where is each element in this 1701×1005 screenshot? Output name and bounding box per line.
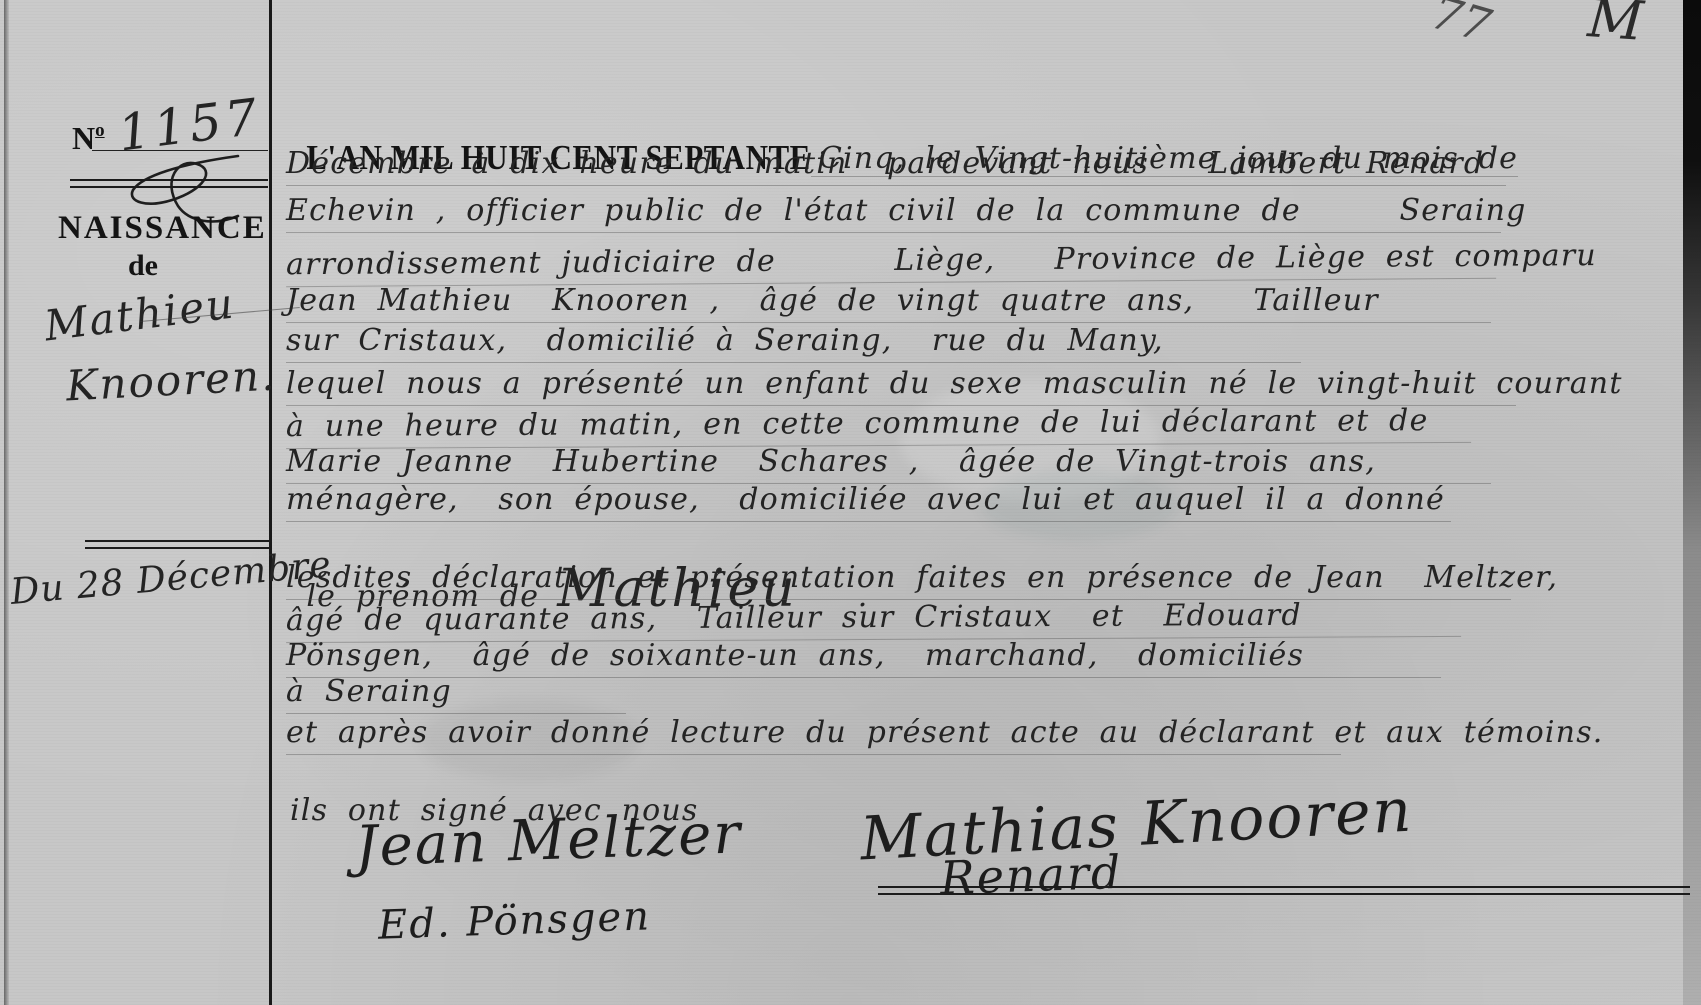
witness-line: lesdites déclaration et présentation fai… (286, 557, 1511, 600)
act-body-line: Décembre à dix heure du matin pardevant … (286, 143, 1506, 186)
right-page-edge-shadow (1683, 0, 1701, 1005)
act-body-line: Echevin , officier public de l'état civi… (286, 190, 1501, 233)
act-end-divider (878, 886, 1690, 895)
scanned-document-page: 77 M No 1157 NAISSANCE de Mathieu Knoore… (0, 0, 1701, 1005)
margin-date-note: Du 28 Décembre (9, 544, 333, 613)
signature-witness-2: Ed. Pönsgen (377, 893, 651, 948)
prenom-line: le prénom deMathieu. (286, 505, 867, 561)
signature-officer: Renard (939, 845, 1123, 905)
opening-line: L'AN MIL HUIT CENT SEPTANTECinq, le Ving… (286, 92, 1518, 136)
witness-line: à Seraing (286, 671, 626, 714)
record-number-superscript: o (95, 120, 105, 141)
act-body-line: lequel nous a présenté un enfant du sexe… (286, 363, 1516, 406)
record-number-label: No (72, 120, 105, 157)
signature-witness-1: Jean Meltzer (354, 801, 743, 879)
act-type-connector: de (128, 249, 158, 283)
margin-number-divider (70, 179, 268, 188)
margin-child-surname: Knooren. (65, 351, 278, 411)
act-body-line: Marie Jeanne Hubertine Schares , âgée de… (286, 441, 1491, 484)
act-body-line: Jean Mathieu Knooren , âgé de vingt quat… (286, 280, 1491, 323)
act-type-heading: NAISSANCE (58, 210, 267, 247)
corner-ink-mark: M (1586, 0, 1646, 53)
margin-vertical-rule (269, 0, 272, 1005)
margin-section-divider (85, 540, 270, 549)
left-binding-crease (4, 0, 9, 1005)
corner-pencil-mark: 77 (1426, 0, 1497, 53)
closing-line: et après avoir donné lecture du présent … (286, 712, 1341, 755)
act-body-line: sur Cristaux, domicilié à Seraing, rue d… (286, 320, 1301, 363)
